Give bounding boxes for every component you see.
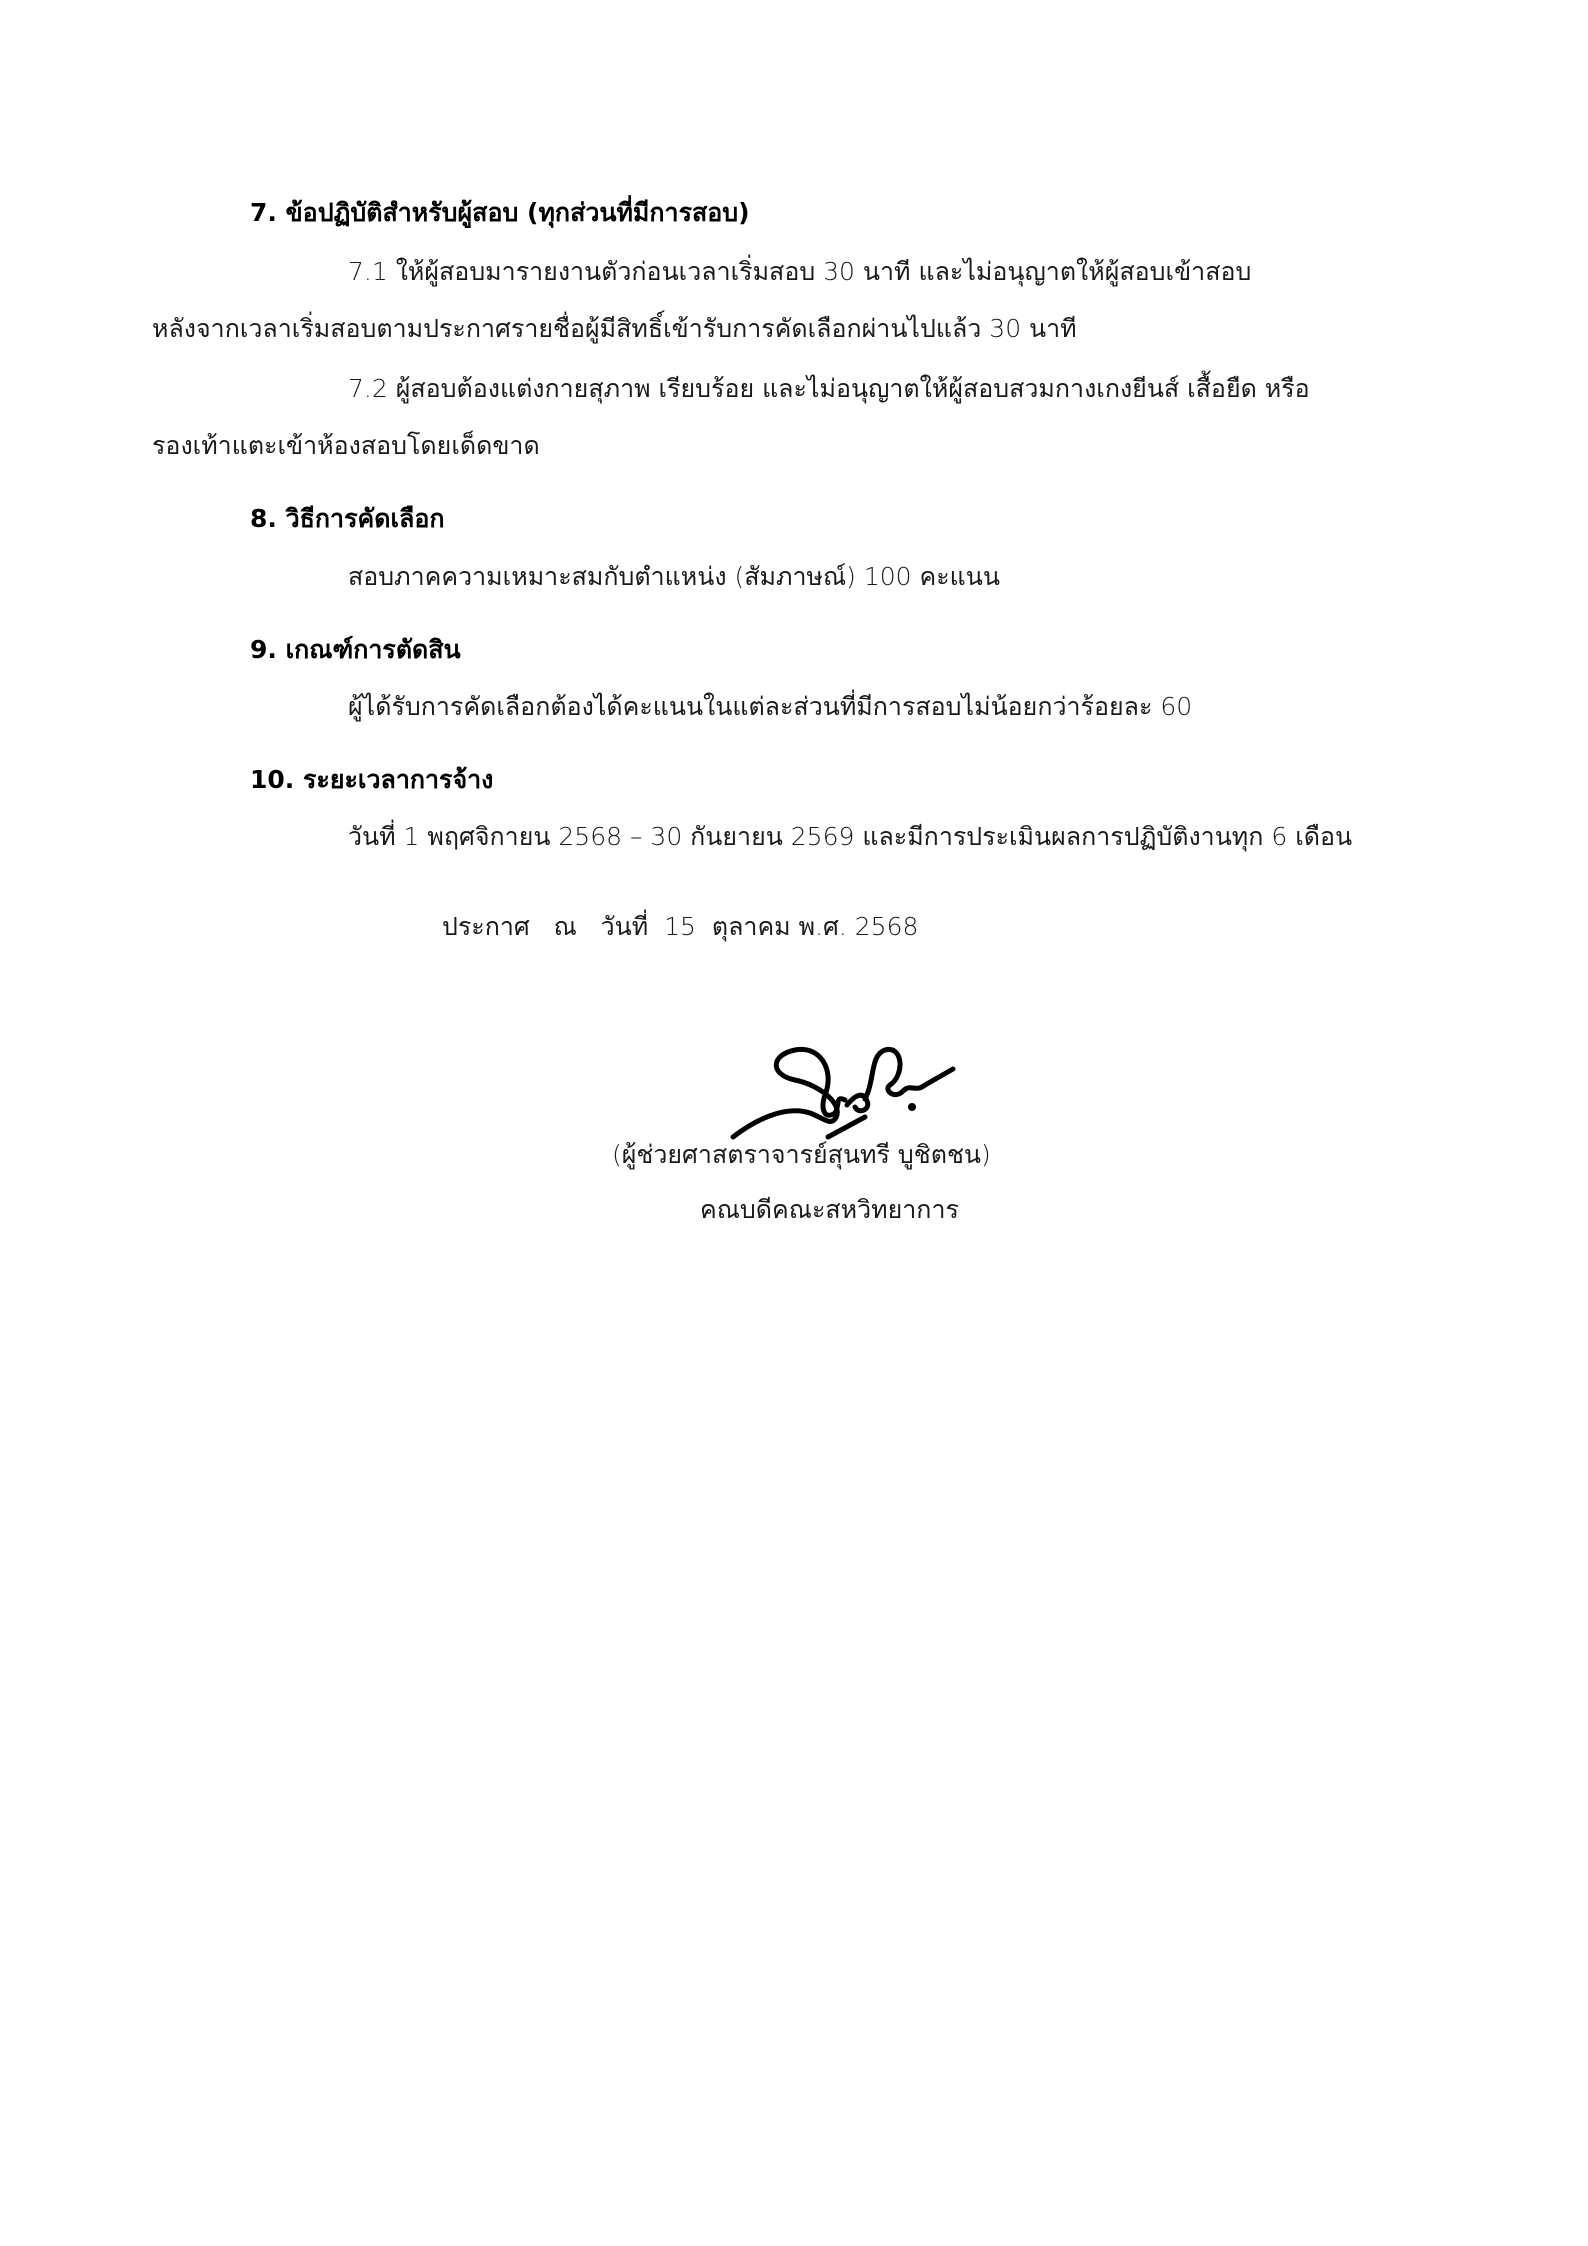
signature-image	[725, 1025, 975, 1145]
section-10-body: วันที่ 1 พฤศจิกายน 2568 – 30 กันยายน 256…	[348, 820, 1352, 854]
section-7-2-continuation: รองเท้าแตะเข้าห้องสอบโดยเด็ดขาด	[152, 429, 540, 463]
section-7-2-text: 7.2 ผู้สอบต้องแต่งกายสุภาพ เรียบร้อย และ…	[348, 372, 1310, 406]
section-9-body: ผู้ได้รับการคัดเลือกต้องได้คะแนนในแต่ละส…	[348, 690, 1192, 724]
section-8-heading: 8. วิธีการคัดเลือก	[250, 502, 444, 536]
signatory-name: (ผู้ช่วยศาสตราจารย์สุนทรี บูชิตชน)	[612, 1138, 991, 1172]
section-7-1-text: 7.1 ให้ผู้สอบมารายงานตัวก่อนเวลาเริ่มสอบ…	[348, 255, 1251, 289]
section-7-1-continuation: หลังจากเวลาเริ่มสอบตามประกาศรายชื่อผู้มี…	[152, 312, 1077, 346]
signatory-position: คณบดีคณะสหวิทยาการ	[700, 1193, 959, 1227]
section-9-heading: 9. เกณฑ์การตัดสิน	[250, 633, 461, 667]
section-7-heading: 7. ข้อปฏิบัติสำหรับผู้สอบ (ทุกส่วนที่มีก…	[250, 196, 750, 230]
section-8-body: สอบภาคความเหมาะสมกับตำแหน่ง (สัมภาษณ์) 1…	[348, 560, 1000, 594]
section-10-heading: 10. ระยะเวลาการจ้าง	[250, 763, 493, 797]
announcement-date: ประกาศ ณ วันที่ 15 ตุลาคม พ.ศ. 2568	[442, 910, 918, 944]
